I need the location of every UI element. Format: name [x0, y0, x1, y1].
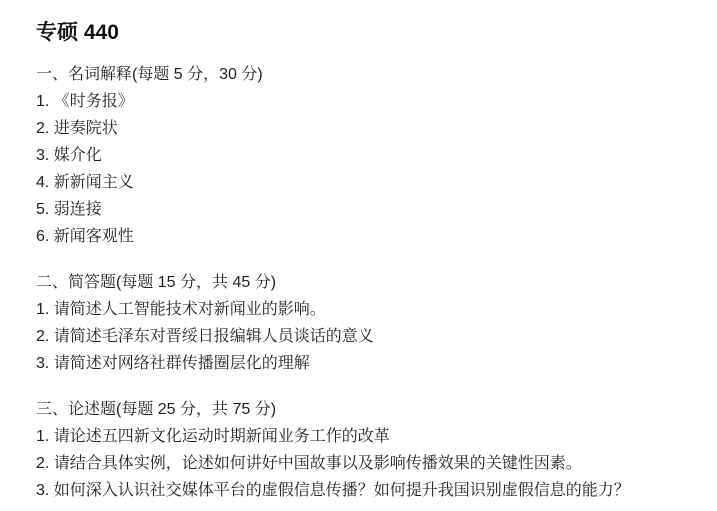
- question-line: 2. 请结合具体实例，论述如何讲好中国故事以及影响传播效果的关键性因素。: [36, 450, 687, 477]
- question-line: 5. 弱连接: [36, 196, 687, 223]
- question-line: 4. 新新闻主义: [36, 169, 687, 196]
- question-line: 2. 进奏院状: [36, 115, 687, 142]
- section-header: 一、名词解释(每题 5 分，30 分): [36, 61, 687, 88]
- question-line: 3. 如何深入认识社交媒体平台的虚假信息传播？如何提升我国识别虚假信息的能力？: [36, 477, 687, 504]
- question-line: 3. 请简述对网络社群传播圈层化的理解: [36, 350, 687, 377]
- section-essay: 三、论述题(每题 25 分，共 75 分) 1. 请论述五四新文化运动时期新闻业…: [36, 396, 687, 504]
- question-line: 2. 请简述毛泽东对晋绥日报编辑人员谈话的意义: [36, 323, 687, 350]
- section-header: 三、论述题(每题 25 分，共 75 分): [36, 396, 687, 423]
- section-short-answer: 二、简答题(每题 15 分，共 45 分) 1. 请简述人工智能技术对新闻业的影…: [36, 269, 687, 377]
- section-header: 二、简答题(每题 15 分，共 45 分): [36, 269, 687, 296]
- question-line: 1. 请简述人工智能技术对新闻业的影响。: [36, 296, 687, 323]
- question-line: 3. 媒介化: [36, 142, 687, 169]
- exam-document-page: 专硕 440 一、名词解释(每题 5 分，30 分) 1. 《时务报》 2. 进…: [0, 0, 717, 511]
- document-title: 专硕 440: [36, 19, 687, 47]
- question-line: 1. 请论述五四新文化运动时期新闻业务工作的改革: [36, 423, 687, 450]
- section-term-explanations: 一、名词解释(每题 5 分，30 分) 1. 《时务报》 2. 进奏院状 3. …: [36, 61, 687, 250]
- question-line: 6. 新闻客观性: [36, 223, 687, 250]
- question-line: 1. 《时务报》: [36, 88, 687, 115]
